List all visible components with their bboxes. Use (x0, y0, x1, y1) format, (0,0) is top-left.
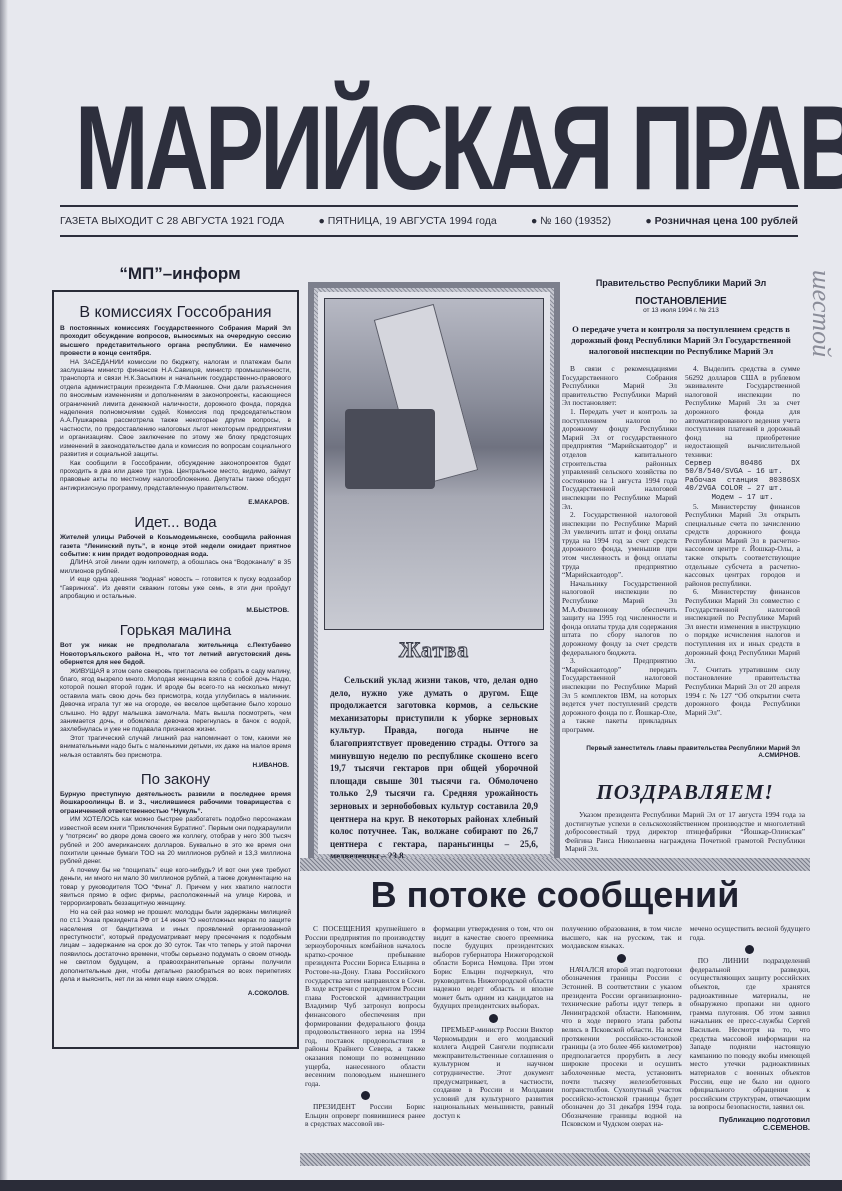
news-item: НАЧАЛСЯ второй этап подготовки обозначен… (562, 966, 682, 1129)
decree-title: О передаче учета и контроля за поступлен… (566, 324, 796, 357)
hardware-item: Сервер 80486 DX 50/8/540/SVGA – 16 шт. (685, 460, 800, 477)
news-column-1: С ПОСЕЩЕНИЯ крупнейшего в России предпри… (305, 925, 425, 1133)
info-bar: ГАЗЕТА ВЫХОДИТ С 28 АВГУСТА 1921 ГОДА ● … (60, 205, 798, 237)
news-column-3: получению образования, в том числе высше… (562, 925, 682, 1133)
hatched-divider (300, 1153, 810, 1166)
news-item: ПРЕЗИДЕНТ России Борис Ельцин опроверг п… (305, 1103, 425, 1129)
decree-paragraph: 5. Министерству финансов Республики Мари… (685, 503, 800, 589)
rubric-title: “МП”–информ (110, 264, 250, 284)
truck-cab-shape (345, 409, 435, 489)
decree-paragraph: Начальнику Государственной налоговой инс… (562, 580, 677, 657)
page-bottom-edge (0, 1180, 842, 1191)
article-lead: В постоянных комиссиях Государственного … (60, 325, 291, 359)
issue-date: ● ПЯТНИЦА, 19 АВГУСТА 1994 года (319, 215, 497, 227)
article-paragraph: ИМ ХОТЕЛОСЬ как можно быстрее разбогатет… (60, 816, 291, 866)
news-item: формации утверждения о том, что он видит… (433, 925, 553, 1011)
decree-signature-name: А.СМИРНОВ. (562, 752, 800, 759)
photo-feature-frame: Жатва Сельский уклад жизни таков, что, д… (308, 282, 560, 864)
news-item: С ПОСЕЩЕНИЯ крупнейшего в России предпри… (305, 925, 425, 1088)
article-lead: Жителей улицы Рабочей в Козьмодемьянске,… (60, 534, 291, 559)
news-column-4: мечено осуществить весной будущего года.… (690, 925, 810, 1133)
article-author: Е.МАКАРОВ. (62, 499, 289, 506)
masthead-title: МАРИЙСКАЯ ПРАВДА (75, 80, 756, 218)
congrats-title: ПОЗДРАВЛЯЕМ! (565, 780, 805, 805)
article-title: Идет... вода (60, 514, 291, 531)
decree-paragraph: 3. Предприятию “Марийскавтодор” передать… (562, 657, 677, 734)
article-title: Горькая малина (60, 622, 291, 639)
article-paragraph: НА ЗАСЕДАНИИ комиссии по бюджету, налога… (60, 359, 291, 460)
article-author: А.СОКОЛОВ. (62, 990, 289, 997)
hardware-item: Рабочая станция 80386SX 40/2VGA COLOR – … (685, 477, 800, 494)
bullet-icon (489, 1014, 498, 1023)
article-author: М.БЫСТРОВ. (62, 607, 289, 614)
article-paragraph: Этот трагический случай лишний раз напом… (60, 735, 291, 760)
news-stream-title: В потоке сообщений (300, 870, 810, 920)
bullet-icon (617, 954, 626, 963)
decree-issuer: Правительство Республики Марий Эл (562, 278, 800, 288)
government-decree: Правительство Республики Марий Эл ПОСТАН… (562, 270, 800, 759)
news-column-2: формации утверждения о том, что он видит… (433, 925, 553, 1133)
article-lead: Вот уж никак не предполагала жительница … (60, 642, 291, 667)
news-item: ПРЕМЬЕР-министр России Виктор Черномырди… (433, 1026, 553, 1121)
bullet-icon (745, 945, 754, 954)
news-item: мечено осуществить весной будущего года. (690, 925, 810, 942)
issue-number: ● № 160 (19352) (531, 215, 611, 227)
decree-signature-title: Первый заместитель главы правительства Р… (562, 745, 800, 752)
news-item: получению образования, в том числе высше… (562, 925, 682, 951)
article-lead: Бурную преступную деятельность развили в… (60, 791, 291, 816)
article-title: По закону (60, 771, 291, 788)
page-edge-shadow (0, 0, 8, 1191)
article-paragraph: Но на сей раз номер не прошел: молодцы б… (60, 909, 291, 985)
decree-paragraph: 7. Считать утратившим силу постановление… (685, 666, 800, 718)
article-paragraph: А почему бы не “пощипать” еще кого-нибуд… (60, 867, 291, 909)
congrats-text: Указом президента Республики Марий Эл от… (565, 811, 805, 854)
bullet-icon (361, 1091, 370, 1100)
photo-caption: Жатва (318, 637, 550, 663)
news-brief-box: В комиссиях Госсобрания В постоянных ком… (52, 290, 299, 1049)
congratulations: ПОЗДРАВЛЯЕМ! Указом президента Республик… (565, 780, 805, 854)
decree-paragraph: 4. Выделить средства в сумме 56292 долла… (685, 365, 800, 460)
news-stream-columns: С ПОСЕЩЕНИЯ крупнейшего в России предпри… (305, 925, 810, 1133)
news-item: ПО ЛИНИИ подразделений федеральной разве… (690, 957, 810, 1112)
founded-note: ГАЗЕТА ВЫХОДИТ С 28 АВГУСТА 1921 ГОДА (60, 215, 284, 227)
decree-type: ПОСТАНОВЛЕНИЕ (562, 296, 800, 307)
margin-handwriting: шестой (806, 270, 836, 450)
price: ● Розничная цена 100 рублей (645, 215, 798, 227)
decree-date: от 13 июля 1994 г. № 213 (562, 307, 800, 314)
decree-paragraph: В связи с рекомендациями Государственног… (562, 365, 677, 408)
decree-paragraph: 2. Государственной налоговой инспекции п… (562, 511, 677, 580)
decree-column-2: 4. Выделить средства в сумме 56292 долла… (685, 365, 800, 735)
news-byline: Публикацию подготовил С.СЕМЕНОВ. (690, 1116, 810, 1133)
article-paragraph: Как сообщили в Госсобрании, обсуждение з… (60, 460, 291, 494)
article-author: Н.ИВАНОВ. (62, 762, 289, 769)
harvest-photo-icon (324, 298, 544, 630)
decree-paragraph: 6. Министерству финансов Республики Мари… (685, 588, 800, 665)
article-paragraph: ДЛИНА этой линии один километр, а обошла… (60, 559, 291, 576)
harvest-text: Сельский уклад жизни таков, что, делая о… (330, 674, 538, 863)
decree-column-1: В связи с рекомендациями Государственног… (562, 365, 677, 735)
article-title: В комиссиях Госсобрания (60, 304, 291, 322)
article-paragraph: ЖИВУЩАЯ в этом селе свекровь пригласила … (60, 668, 291, 735)
decree-paragraph: 1. Передать учет и контроль за поступлен… (562, 408, 677, 511)
article-paragraph: И еще одна здешняя “водная” новость – го… (60, 576, 291, 601)
